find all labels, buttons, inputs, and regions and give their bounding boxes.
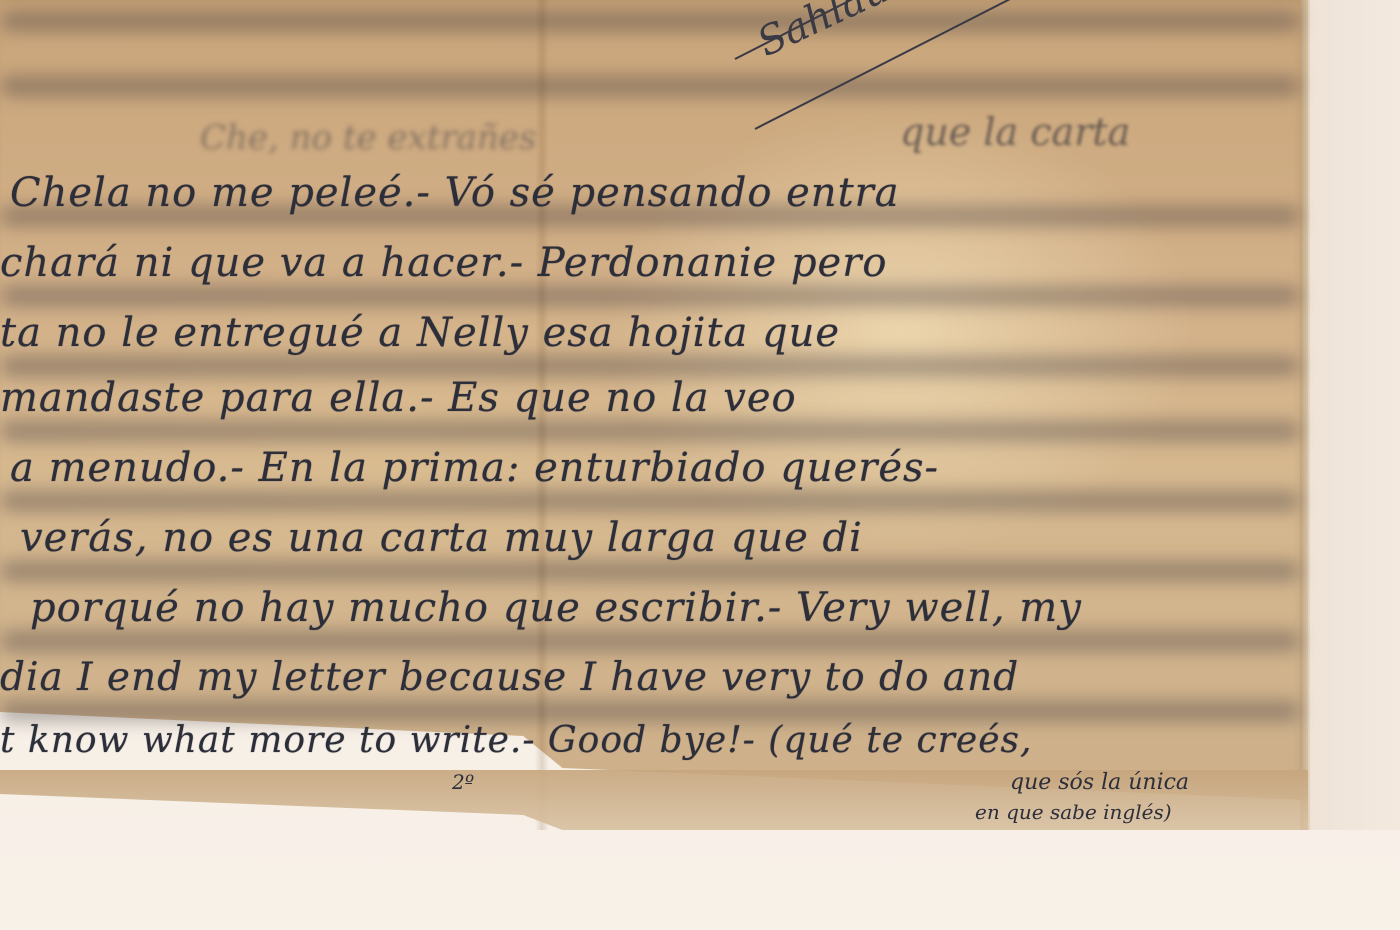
- bleed-through-line: [0, 420, 1300, 442]
- postscript-line: que sós la única: [1010, 770, 1189, 795]
- faded-text: que la carta: [900, 110, 1130, 154]
- bleed-through-line: [0, 75, 1300, 97]
- bleed-through-line: [0, 355, 1300, 377]
- bleed-through-line: [0, 285, 1300, 307]
- letter-line: t know what more to write.- Good bye!- (…: [0, 720, 1032, 761]
- bleed-through-line: [0, 630, 1300, 652]
- background-wall: [1308, 0, 1400, 830]
- bleed-through-line: [0, 10, 1300, 32]
- bleed-through-line: [0, 490, 1300, 512]
- paper-right-edge: [1300, 0, 1310, 830]
- bleed-through-line: [0, 560, 1300, 582]
- letter-line: ta no le entregué a Nelly esa hojita que: [0, 310, 840, 356]
- postscript-line: en que sabe inglés): [975, 800, 1172, 824]
- page-number: 2º: [452, 770, 474, 794]
- letter-line: mandaste para ella.- Es que no la veo: [0, 375, 797, 421]
- photo-stage: Che, no te extrañes que la carta Sahlaut…: [0, 0, 1400, 930]
- letter-line: dia I end my letter because I have very …: [0, 655, 1019, 700]
- letter-line: verás, no es una carta muy larga que di: [20, 515, 863, 561]
- letter-line: chará ni que va a hacer.- Perdonanie per…: [0, 240, 887, 286]
- letter-line: porqué no hay mucho que escribir.- Very …: [30, 585, 1082, 631]
- letter-line: Chela no me peleé.- Vó sé pensando entra: [10, 170, 900, 216]
- letter-line: a menudo.- En la prima: enturbiado queré…: [10, 445, 939, 491]
- bleed-through-line: [0, 700, 1300, 722]
- faded-text: Che, no te extrañes: [200, 118, 536, 158]
